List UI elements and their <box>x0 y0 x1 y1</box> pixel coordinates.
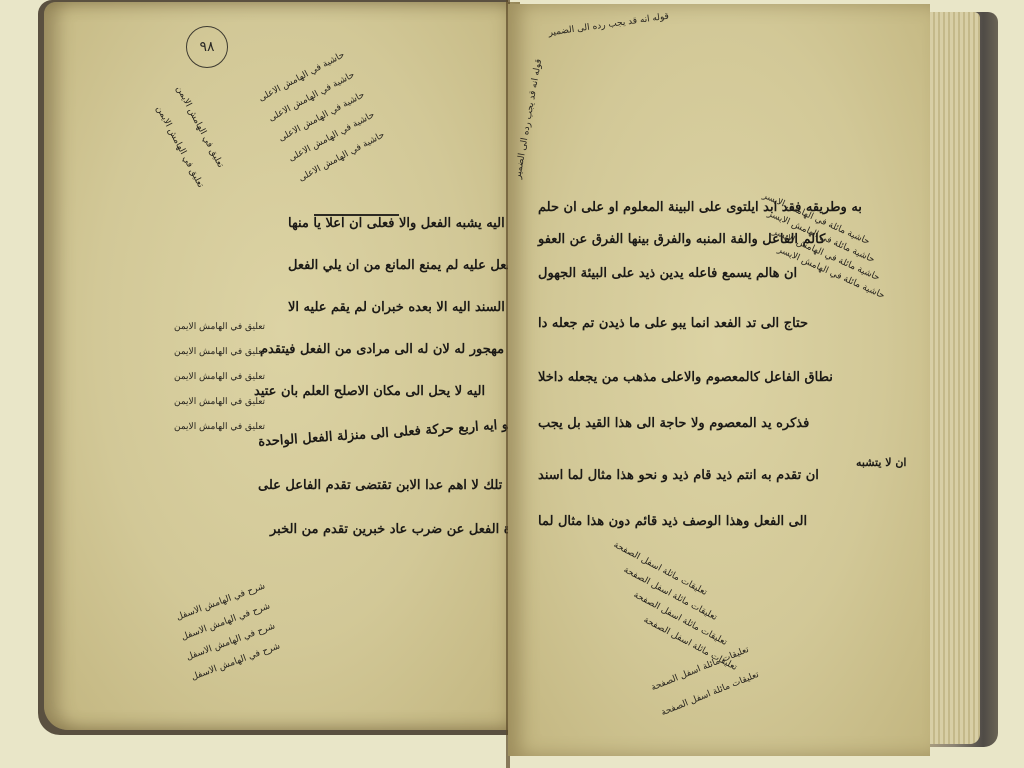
main-text-line: حتاج الى تد الفعد انما يبو على ما ذيدن ت… <box>538 316 808 331</box>
main-text-line: الى الفعل وهذا الوصف ذيد قائم دون هذا مث… <box>538 514 807 529</box>
main-text-line: مهجور له لان له الى مرادى من الفعل فيتقد… <box>260 342 504 357</box>
gloss-line: تعليق في الهامش الايمن <box>174 397 265 407</box>
main-text-line: ان هالم يسمع فاعله يدين ذيد على البيئة ا… <box>538 266 797 281</box>
right-page: قوله انه قد يجب رده الى الضمير قوله انه … <box>508 4 930 756</box>
main-text-line: ان تقدم به انتم ذيد قام ذيد و نحو هذا مث… <box>538 468 819 483</box>
gloss-line: تعليق في الهامش الايمن <box>174 322 265 332</box>
main-text-line: نطاق الفاعل كالمعصوم والاعلى مذهب من يجع… <box>538 370 833 385</box>
main-text-line: اليه لا يحل الى مكان الاصلح العلم بان عت… <box>254 384 485 399</box>
main-text-line: لدة الفعل عن ضرب عاد خبرين تقدم من الخبر <box>270 522 521 537</box>
header-note: قوله انه قد يجب رده الى الضمير <box>548 12 670 39</box>
gloss-line: حاشية في الهامش الاعلى <box>297 130 386 184</box>
gloss-line: تعليق في الهامش الايمن <box>174 422 265 432</box>
main-text-line: تو ايه اربع حركة فعلى الى منزلة الفعل ال… <box>258 417 513 450</box>
gloss-line: قوله انه قد يجب رده الى الضمير <box>513 58 544 179</box>
main-text-line: السند اليه يشبه الفعل والا فعلى ان اعلا … <box>288 216 539 231</box>
gloss-line: تعليق في الهامش الايمن <box>174 372 265 382</box>
folio-number: ٩٨ <box>186 26 228 68</box>
left-page: ٩٨ حاشية في الهامش الاعلى حاشية في الهام… <box>44 2 520 730</box>
marginal-note: ان لا يتشبه <box>856 456 906 469</box>
gloss-line: تعليق في الهامش الايمن <box>174 347 265 357</box>
open-manuscript-book: ٩٨ حاشية في الهامش الاعلى حاشية في الهام… <box>20 0 980 762</box>
main-text-line: السند اليه الا بعده خبران لم يقم عليه ال… <box>288 300 505 315</box>
main-text-line: تلك لا اهم عدا الابن تقتضى تقدم الفاعل ع… <box>258 478 502 493</box>
main-text-line: فذكره يد المعصوم ولا حاجة الى هذا القيد … <box>538 416 809 431</box>
